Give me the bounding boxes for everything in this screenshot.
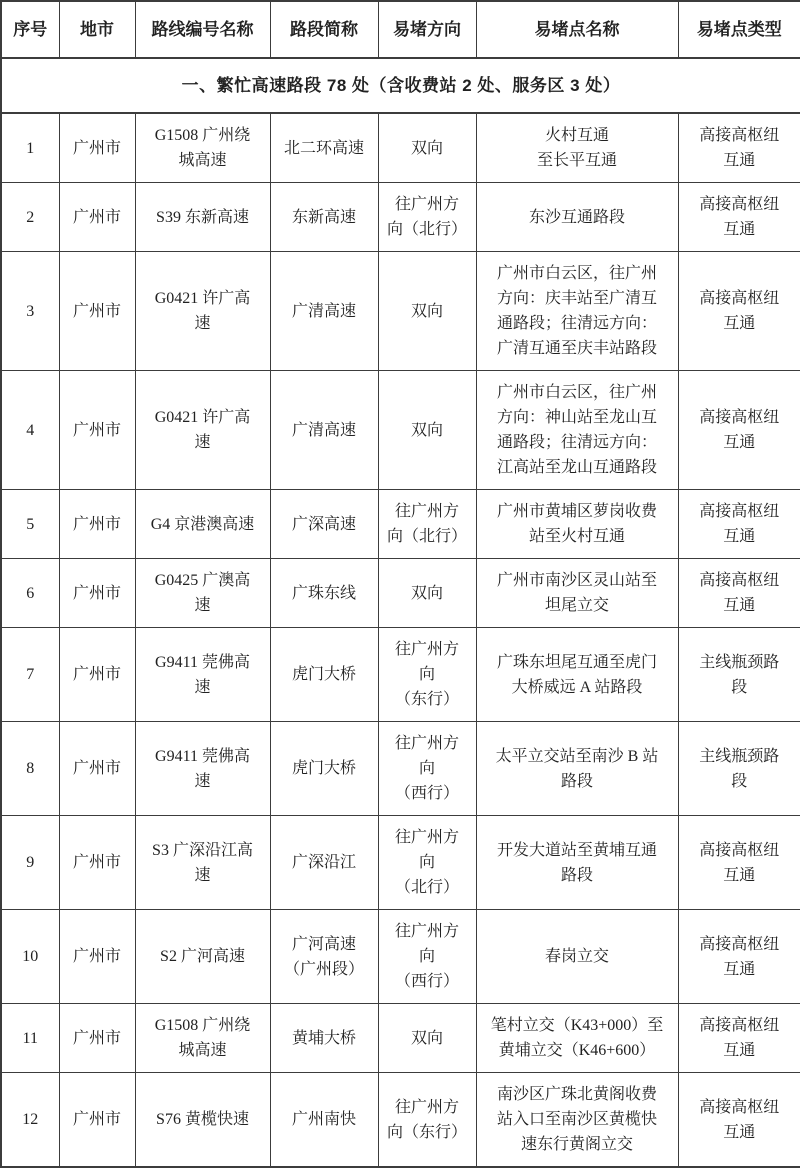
col-header-section-name: 路段简称 [270, 1, 378, 58]
cell-section-name: 广清高速 [270, 371, 378, 490]
cell-point-type: 高接高枢纽 互通 [678, 490, 800, 559]
cell-city: 广州市 [59, 722, 135, 816]
congestion-table: 序号 地市 路线编号名称 路段简称 易堵方向 易堵点名称 易堵点类型 一、繁忙高… [0, 0, 800, 1168]
cell-route-name: G1508 广州绕 城高速 [135, 1004, 270, 1073]
table-row: 12 广州市 S76 黄榄快速 广州南快 往广州方 向（东行） 南沙区广珠北黄阁… [1, 1073, 800, 1168]
cell-index: 11 [1, 1004, 59, 1073]
cell-index: 8 [1, 722, 59, 816]
col-header-city: 地市 [59, 1, 135, 58]
cell-index: 3 [1, 252, 59, 371]
cell-direction: 双向 [378, 1004, 476, 1073]
cell-index: 10 [1, 910, 59, 1004]
cell-route-name: G9411 莞佛高 速 [135, 722, 270, 816]
cell-point-type: 主线瓶颈路 段 [678, 722, 800, 816]
cell-route-name: G0421 许广高 速 [135, 371, 270, 490]
cell-point-name: 春岗立交 [476, 910, 678, 1004]
cell-point-type: 高接高枢纽 互通 [678, 910, 800, 1004]
section-title: 一、繁忙高速路段 78 处（含收费站 2 处、服务区 3 处） [1, 58, 800, 113]
cell-section-name: 广珠东线 [270, 559, 378, 628]
cell-section-name: 虎门大桥 [270, 722, 378, 816]
cell-city: 广州市 [59, 113, 135, 183]
cell-direction: 双向 [378, 559, 476, 628]
table-row: 9 广州市 S3 广深沿江高 速 广深沿江 往广州方 向 （北行） 开发大道站至… [1, 816, 800, 910]
cell-route-name: S39 东新高速 [135, 183, 270, 252]
cell-section-name: 广深高速 [270, 490, 378, 559]
cell-route-name: G4 京港澳高速 [135, 490, 270, 559]
table-row: 6 广州市 G0425 广澳高 速 广珠东线 双向 广州市南沙区灵山站至 坦尾立… [1, 559, 800, 628]
table-row: 3 广州市 G0421 许广高 速 广清高速 双向 广州市白云区，往广州 方向：… [1, 252, 800, 371]
header-row: 序号 地市 路线编号名称 路段简称 易堵方向 易堵点名称 易堵点类型 [1, 1, 800, 58]
cell-city: 广州市 [59, 252, 135, 371]
table-row: 11 广州市 G1508 广州绕 城高速 黄埔大桥 双向 笔村立交（K43+00… [1, 1004, 800, 1073]
cell-direction: 往广州方 向 （北行） [378, 816, 476, 910]
cell-point-name: 太平立交站至南沙 B 站 路段 [476, 722, 678, 816]
cell-point-name: 火村互通 至长平互通 [476, 113, 678, 183]
cell-index: 5 [1, 490, 59, 559]
cell-index: 4 [1, 371, 59, 490]
cell-index: 7 [1, 628, 59, 722]
cell-direction: 往广州方 向（北行） [378, 183, 476, 252]
cell-point-type: 高接高枢纽 互通 [678, 559, 800, 628]
cell-index: 1 [1, 113, 59, 183]
col-header-index: 序号 [1, 1, 59, 58]
cell-point-type: 高接高枢纽 互通 [678, 113, 800, 183]
cell-point-name: 广州市南沙区灵山站至 坦尾立交 [476, 559, 678, 628]
cell-point-name: 笔村立交（K43+000）至 黄埔立交（K46+600） [476, 1004, 678, 1073]
cell-route-name: S76 黄榄快速 [135, 1073, 270, 1168]
cell-section-name: 黄埔大桥 [270, 1004, 378, 1073]
cell-point-name: 广州市白云区，往广州 方向：神山站至龙山互 通路段；往清远方向： 江高站至龙山互… [476, 371, 678, 490]
cell-city: 广州市 [59, 910, 135, 1004]
cell-route-name: G0421 许广高 速 [135, 252, 270, 371]
cell-point-name: 广珠东坦尾互通至虎门 大桥威远 A 站路段 [476, 628, 678, 722]
cell-index: 6 [1, 559, 59, 628]
cell-index: 12 [1, 1073, 59, 1168]
table-row: 1 广州市 G1508 广州绕 城高速 北二环高速 双向 火村互通 至长平互通 … [1, 113, 800, 183]
cell-city: 广州市 [59, 371, 135, 490]
col-header-point-name: 易堵点名称 [476, 1, 678, 58]
table-row: 10 广州市 S2 广河高速 广河高速 （广州段） 往广州方 向 （西行） 春岗… [1, 910, 800, 1004]
cell-city: 广州市 [59, 183, 135, 252]
cell-section-name: 北二环高速 [270, 113, 378, 183]
cell-city: 广州市 [59, 816, 135, 910]
section-title-row: 一、繁忙高速路段 78 处（含收费站 2 处、服务区 3 处） [1, 58, 800, 113]
cell-point-name: 南沙区广珠北黄阁收费 站入口至南沙区黄榄快 速东行黄阁立交 [476, 1073, 678, 1168]
cell-point-type: 高接高枢纽 互通 [678, 252, 800, 371]
cell-section-name: 广深沿江 [270, 816, 378, 910]
cell-city: 广州市 [59, 1004, 135, 1073]
cell-direction: 双向 [378, 371, 476, 490]
cell-point-name: 广州市黄埔区萝岗收费 站至火村互通 [476, 490, 678, 559]
cell-city: 广州市 [59, 490, 135, 559]
cell-point-name: 东沙互通路段 [476, 183, 678, 252]
cell-index: 2 [1, 183, 59, 252]
cell-index: 9 [1, 816, 59, 910]
cell-point-name: 广州市白云区，往广州 方向：庆丰站至广清互 通路段；往清远方向： 广清互通至庆丰… [476, 252, 678, 371]
cell-city: 广州市 [59, 628, 135, 722]
cell-section-name: 东新高速 [270, 183, 378, 252]
cell-point-name: 开发大道站至黄埔互通 路段 [476, 816, 678, 910]
cell-direction: 往广州方 向 （西行） [378, 910, 476, 1004]
table-row: 5 广州市 G4 京港澳高速 广深高速 往广州方 向（北行） 广州市黄埔区萝岗收… [1, 490, 800, 559]
cell-point-type: 高接高枢纽 互通 [678, 1073, 800, 1168]
cell-direction: 往广州方 向 （东行） [378, 628, 476, 722]
cell-direction: 双向 [378, 113, 476, 183]
cell-city: 广州市 [59, 1073, 135, 1168]
col-header-point-type: 易堵点类型 [678, 1, 800, 58]
cell-section-name: 广清高速 [270, 252, 378, 371]
table-row: 2 广州市 S39 东新高速 东新高速 往广州方 向（北行） 东沙互通路段 高接… [1, 183, 800, 252]
cell-direction: 往广州方 向 （西行） [378, 722, 476, 816]
cell-route-name: S2 广河高速 [135, 910, 270, 1004]
cell-section-name: 广河高速 （广州段） [270, 910, 378, 1004]
cell-route-name: G1508 广州绕 城高速 [135, 113, 270, 183]
cell-point-type: 高接高枢纽 互通 [678, 1004, 800, 1073]
cell-point-type: 主线瓶颈路 段 [678, 628, 800, 722]
table-row: 8 广州市 G9411 莞佛高 速 虎门大桥 往广州方 向 （西行） 太平立交站… [1, 722, 800, 816]
cell-route-name: G0425 广澳高 速 [135, 559, 270, 628]
cell-direction: 往广州方 向（北行） [378, 490, 476, 559]
col-header-route-name: 路线编号名称 [135, 1, 270, 58]
cell-section-name: 虎门大桥 [270, 628, 378, 722]
cell-section-name: 广州南快 [270, 1073, 378, 1168]
cell-point-type: 高接高枢纽 互通 [678, 371, 800, 490]
cell-direction: 双向 [378, 252, 476, 371]
cell-route-name: G9411 莞佛高 速 [135, 628, 270, 722]
cell-city: 广州市 [59, 559, 135, 628]
cell-point-type: 高接高枢纽 互通 [678, 816, 800, 910]
table-row: 7 广州市 G9411 莞佛高 速 虎门大桥 往广州方 向 （东行） 广珠东坦尾… [1, 628, 800, 722]
col-header-direction: 易堵方向 [378, 1, 476, 58]
cell-route-name: S3 广深沿江高 速 [135, 816, 270, 910]
cell-point-type: 高接高枢纽 互通 [678, 183, 800, 252]
cell-direction: 往广州方 向（东行） [378, 1073, 476, 1168]
table-row: 4 广州市 G0421 许广高 速 广清高速 双向 广州市白云区，往广州 方向：… [1, 371, 800, 490]
